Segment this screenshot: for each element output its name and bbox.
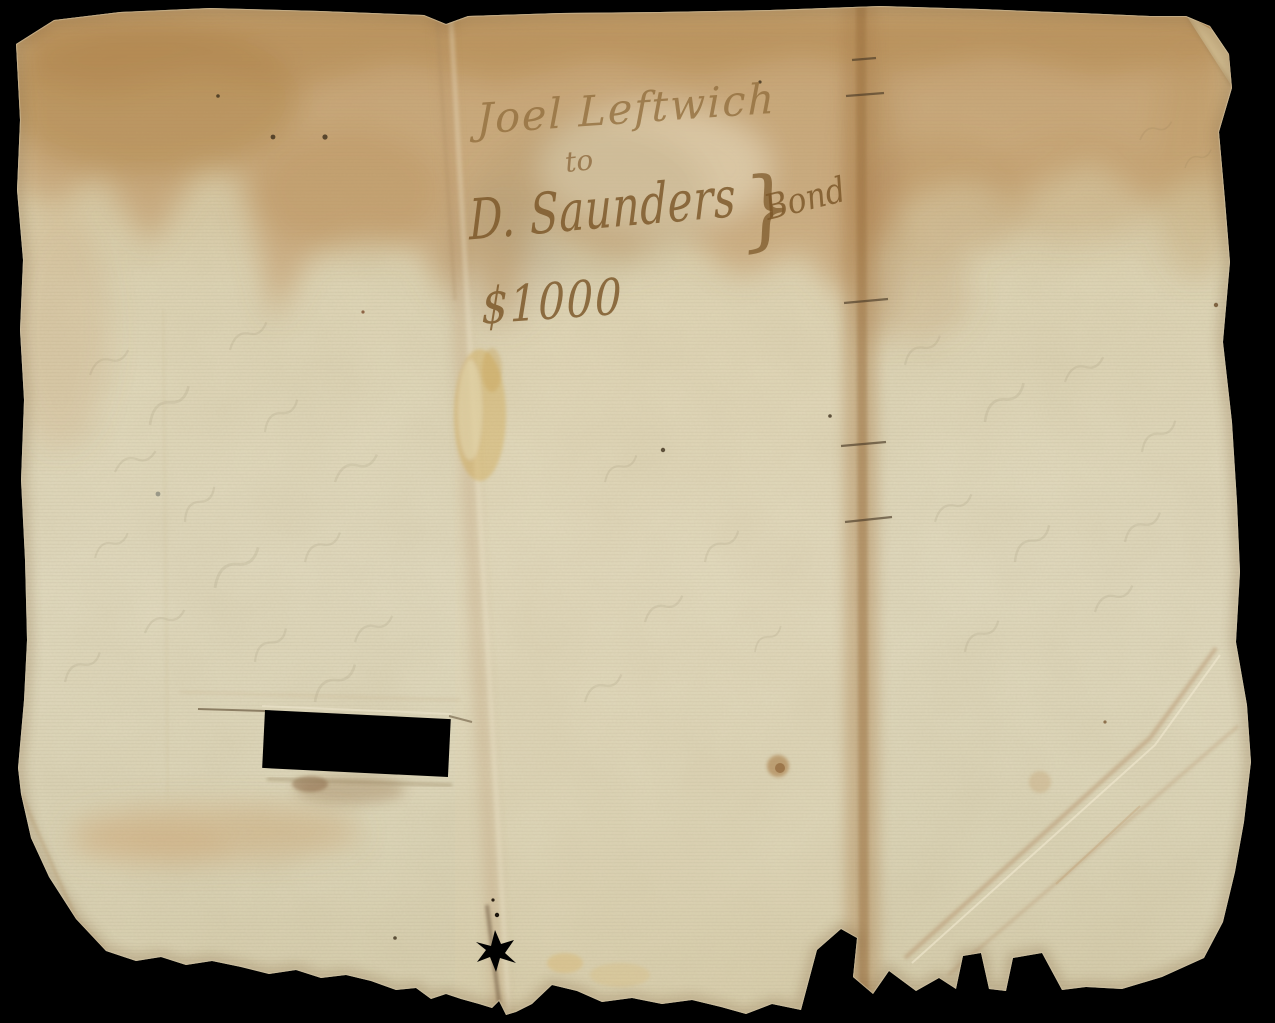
scan-canvas: Joel Leftwich to D. Saunders } Bond $100… [0, 0, 1275, 1023]
inscription-connector: to [563, 143, 594, 179]
inscription-amount: $1000 [482, 268, 624, 336]
document-scan: Joel Leftwich to D. Saunders } Bond $100… [0, 0, 1275, 1023]
paper-sheet [0, 0, 1275, 1023]
seal-ghost-stain [454, 348, 506, 481]
